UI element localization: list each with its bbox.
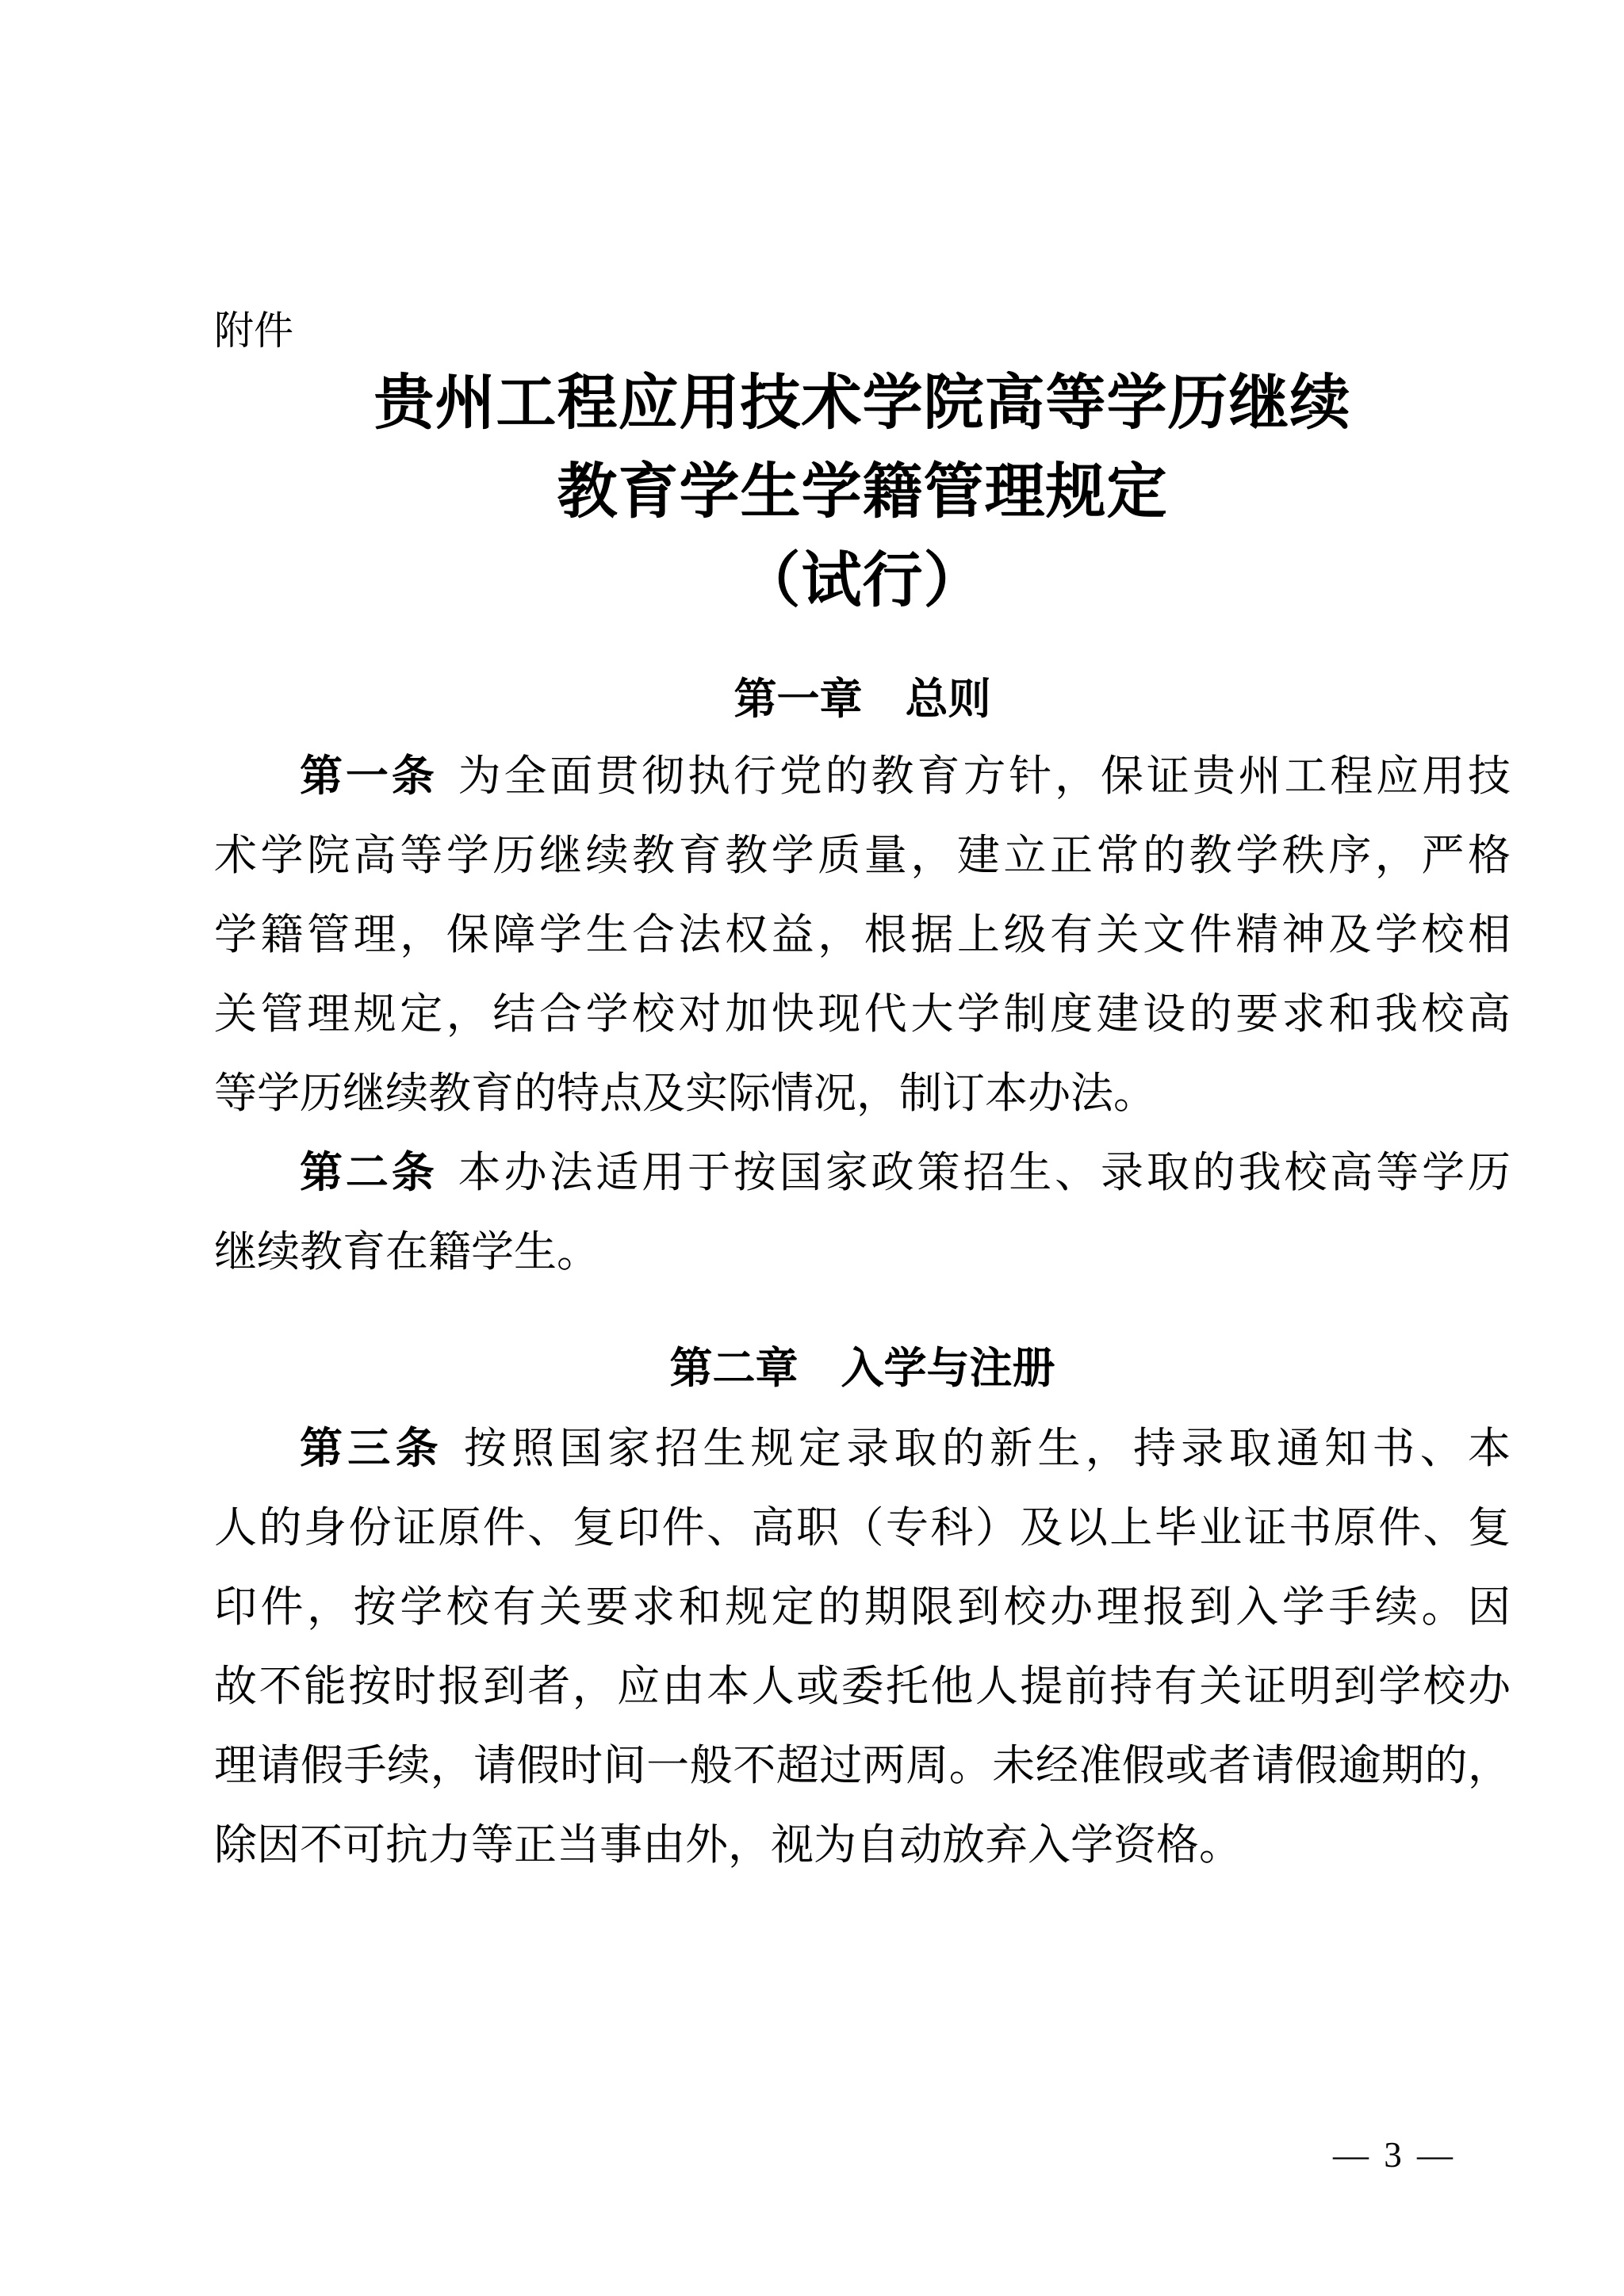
article-2-line-2: 继续教育在籍学生。: [214, 1212, 1511, 1291]
chapter-2-heading: 第二章 入学与注册: [214, 1342, 1511, 1395]
article-1-number: 第一条: [300, 752, 438, 800]
document-title-line-2: 教育学生学籍管理规定: [214, 448, 1511, 537]
article-1-line-5: 等学历继续教育的特点及实际情况，制订本办法。: [214, 1054, 1511, 1133]
article-3: 第三条按照国家招生规定录取的新生，持录取通知书、本 人的身份证原件、复印件、高职…: [214, 1409, 1511, 1885]
article-2-line-1: 第二条本办法适用于按国家政策招生、录取的我校高等学历: [214, 1133, 1511, 1212]
article-3-line-5: 理请假手续，请假时间一般不超过两周。未经准假或者请假逾期的，: [214, 1726, 1511, 1805]
article-1-line-4: 关管理规定，结合学校对加快现代大学制度建设的要求和我校高: [214, 974, 1511, 1054]
document-title: 贵州工程应用技术学院高等学历继续 教育学生学籍管理规定 （试行）: [214, 359, 1511, 626]
article-2: 第二条本办法适用于按国家政策招生、录取的我校高等学历 继续教育在籍学生。: [214, 1133, 1511, 1291]
article-3-line-2: 人的身份证原件、复印件、高职（专科）及以上毕业证书原件、复: [214, 1488, 1511, 1567]
document-title-line-1: 贵州工程应用技术学院高等学历继续: [214, 359, 1511, 448]
attachment-label: 附件: [214, 308, 1511, 353]
article-1-line-2: 术学院高等学历继续教育教学质量，建立正常的教学秩序，严格: [214, 816, 1511, 895]
article-3-line-3: 印件，按学校有关要求和规定的期限到校办理报到入学手续。因: [214, 1567, 1511, 1647]
article-1: 第一条为全面贯彻执行党的教育方针，保证贵州工程应用技 术学院高等学历继续教育教学…: [214, 737, 1511, 1133]
page-number: — 3 —: [1333, 2131, 1456, 2179]
article-1-line-1-text: 为全面贯彻执行党的教育方针，保证贵州工程应用技: [458, 752, 1511, 800]
chapter-1-heading: 第一章 总则: [214, 673, 1511, 725]
article-3-line-1: 第三条按照国家招生规定录取的新生，持录取通知书、本: [214, 1409, 1511, 1488]
article-2-number: 第二条: [300, 1149, 438, 1196]
article-3-line-4: 故不能按时报到者，应由本人或委托他人提前持有关证明到学校办: [214, 1647, 1511, 1726]
article-3-number: 第三条: [300, 1425, 443, 1472]
document-title-line-3: （试行）: [214, 537, 1511, 626]
article-3-line-1-text: 按照国家招生规定录取的新生，持录取通知书、本: [464, 1425, 1511, 1472]
document-page: 附件 贵州工程应用技术学院高等学历继续 教育学生学籍管理规定 （试行） 第一章 …: [0, 0, 1624, 2296]
article-1-line-1: 第一条为全面贯彻执行党的教育方针，保证贵州工程应用技: [214, 737, 1511, 816]
article-1-line-3: 学籍管理，保障学生合法权益，根据上级有关文件精神及学校相: [214, 895, 1511, 974]
article-3-line-6: 除因不可抗力等正当事由外，视为自动放弃入学资格。: [214, 1805, 1511, 1885]
article-2-line-1-text: 本办法适用于按国家政策招生、录取的我校高等学历: [458, 1149, 1511, 1196]
